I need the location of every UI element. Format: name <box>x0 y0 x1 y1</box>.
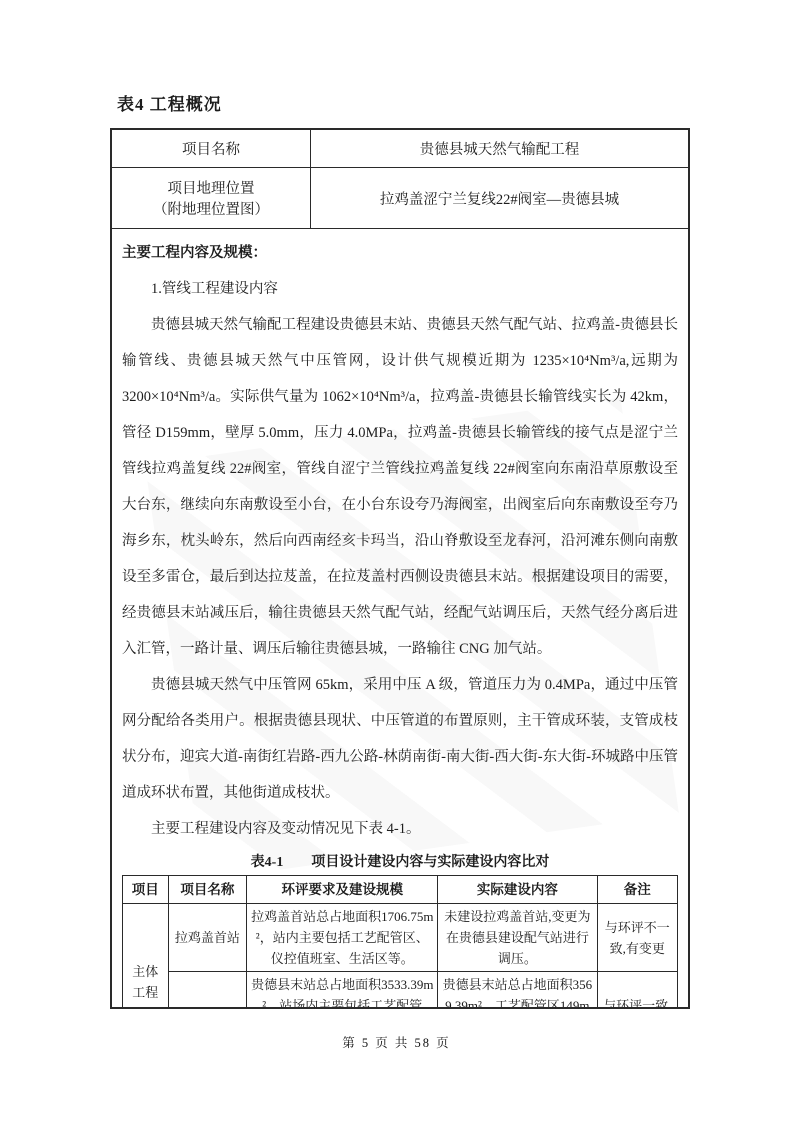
table41-header-requirement: 环评要求及建设规模 <box>247 876 438 904</box>
project-location-value: 拉鸡盖涩宁兰复线22#阀室—贵德县城 <box>311 168 688 228</box>
main-content-cell: 主要工程内容及规模： 1.管线工程建设内容 贵德县城天然气输配工程建设贵德县末站… <box>112 229 688 1007</box>
page-number: 第 5 页 共 58 页 <box>0 1033 793 1051</box>
table41-header-row: 项目 项目名称 环评要求及建设规模 实际建设内容 备注 <box>123 876 678 904</box>
project-name-value: 贵德县城天然气输配工程 <box>311 130 688 167</box>
paragraph-pipeline-heading: 1.管线工程建设内容 <box>122 271 678 307</box>
table41-r2-name: 贵德县末站 <box>168 972 247 1008</box>
table41-r1-name: 拉鸡盖首站 <box>168 904 247 972</box>
table41-header-item: 项目 <box>123 876 169 904</box>
project-location-label-line2: （附地理位置图） <box>153 198 269 219</box>
table-row: 贵德县末站 贵德县末站总占地面积3533.39m²，站场内主要包括工艺配管区、值… <box>123 972 678 1008</box>
main-table-frame: 项目名称 贵德县城天然气输配工程 项目地理位置 （附地理位置图） 拉鸡盖涩宁兰复… <box>110 128 690 1009</box>
project-location-row: 项目地理位置 （附地理位置图） 拉鸡盖涩宁兰复线22#阀室—贵德县城 <box>112 168 688 229</box>
paragraph-network-detail: 贵德县城天然气中压管网 65km，采用中压 A 级，管道压力为 0.4MPa，通… <box>122 667 678 811</box>
table41-header-name: 项目名称 <box>168 876 247 904</box>
project-location-label-line1: 项目地理位置 <box>168 177 255 198</box>
project-location-label: 项目地理位置 （附地理位置图） <box>112 168 311 228</box>
section-heading: 主要工程内容及规模： <box>122 235 678 271</box>
paragraph-table-ref: 主要工程建设内容及变动情况见下表 4-1。 <box>122 811 678 847</box>
paragraph-pipeline-detail: 贵德县城天然气输配工程建设贵德县末站、贵德县天然气配气站、拉鸡盖-贵德县长输管线… <box>122 307 678 667</box>
table41: 项目 项目名称 环评要求及建设规模 实际建设内容 备注 主体工程 拉鸡盖首站 拉… <box>122 875 678 1007</box>
table41-r2-remark: 与环评一致,无变更 <box>597 972 678 1008</box>
table41-caption: 表4-1 项目设计建设内容与实际建设内容比对 <box>122 853 678 873</box>
table41-header-remark: 备注 <box>597 876 678 904</box>
table41-r1-actual: 未建设拉鸡盖首站,变更为在贵德县建设配气站进行调压。 <box>438 904 597 972</box>
table-row: 主体工程 拉鸡盖首站 拉鸡盖首站总占地面积1706.75m²，站内主要包括工艺配… <box>123 904 678 972</box>
document-title: 表4 工程概况 <box>117 90 222 115</box>
project-name-label: 项目名称 <box>112 130 311 167</box>
table41-r2-requirement: 贵德县末站总占地面积3533.39m²，站场内主要包括工艺配管区、值班室、配电室… <box>247 972 438 1008</box>
table41-header-actual: 实际建设内容 <box>438 876 597 904</box>
project-name-row: 项目名称 贵德县城天然气输配工程 <box>112 130 688 168</box>
table41-r1-remark: 与环评不一致,有变更 <box>597 904 678 972</box>
table41-r1-requirement: 拉鸡盖首站总占地面积1706.75m²，站内主要包括工艺配管区、仪控值班室、生活… <box>247 904 438 972</box>
table41-r2-actual: 贵德县末站总占地面积3569.39m²，工艺配管区149m²，值班室 191.6… <box>438 972 597 1008</box>
table41-group-label: 主体工程 <box>123 904 169 1008</box>
document-page: { "page": { "title": "表4 工程概况", "footer"… <box>0 0 793 1122</box>
